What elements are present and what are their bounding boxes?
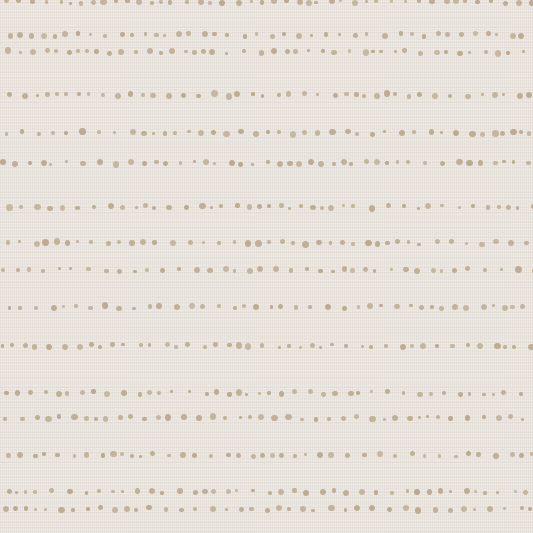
dot bbox=[328, 205, 334, 211]
dot bbox=[184, 205, 189, 210]
dot bbox=[502, 305, 508, 311]
dot bbox=[516, 0, 522, 6]
dot bbox=[417, 392, 422, 397]
dot bbox=[395, 239, 400, 244]
dot bbox=[60, 205, 66, 211]
dot bbox=[374, 159, 380, 165]
dot bbox=[362, 94, 366, 98]
dot bbox=[73, 454, 77, 458]
dot bbox=[210, 506, 216, 512]
dot bbox=[288, 207, 291, 210]
dot bbox=[97, 159, 103, 165]
dot bbox=[304, 453, 307, 456]
dot bbox=[135, 488, 141, 494]
dot bbox=[116, 306, 122, 312]
dot bbox=[64, 92, 68, 96]
dot bbox=[146, 505, 151, 510]
dot bbox=[24, 490, 27, 493]
dot bbox=[379, 304, 382, 307]
dot bbox=[173, 131, 177, 135]
dot bbox=[141, 131, 146, 136]
dot bbox=[369, 345, 373, 349]
dot bbox=[300, 418, 303, 421]
dot bbox=[299, 346, 302, 349]
dot bbox=[370, 390, 374, 394]
dot bbox=[399, 130, 405, 136]
dot bbox=[414, 489, 419, 494]
dot bbox=[342, 306, 347, 311]
dot bbox=[188, 240, 193, 245]
dot bbox=[236, 453, 241, 458]
dot bbox=[515, 266, 521, 272]
dot bbox=[284, 0, 289, 3]
dot bbox=[410, 344, 414, 348]
dot bbox=[6, 453, 11, 458]
dot bbox=[211, 90, 218, 97]
dot bbox=[403, 267, 409, 273]
dot bbox=[174, 304, 180, 310]
dot bbox=[163, 161, 168, 166]
dot bbox=[89, 342, 94, 347]
dot bbox=[75, 206, 79, 210]
dot bbox=[384, 344, 388, 348]
dot bbox=[296, 33, 302, 39]
dot bbox=[477, 343, 483, 349]
dot bbox=[148, 343, 152, 347]
dot bbox=[152, 206, 156, 210]
dot bbox=[213, 162, 216, 165]
dot bbox=[299, 204, 303, 208]
dot bbox=[1, 344, 4, 347]
dot bbox=[519, 392, 523, 396]
dot bbox=[506, 51, 510, 55]
dot bbox=[390, 268, 393, 271]
dot bbox=[251, 163, 254, 166]
dot bbox=[6, 204, 12, 210]
dot bbox=[30, 0, 34, 4]
dot bbox=[207, 268, 213, 274]
dot bbox=[277, 93, 282, 98]
dot bbox=[159, 51, 163, 55]
dot bbox=[464, 488, 470, 494]
dot bbox=[348, 49, 351, 52]
dot bbox=[374, 0, 378, 3]
dot bbox=[62, 344, 68, 350]
dot bbox=[371, 50, 375, 54]
dot bbox=[448, 416, 453, 421]
dot bbox=[483, 268, 487, 272]
dot bbox=[42, 452, 46, 456]
dot bbox=[152, 132, 155, 135]
dot bbox=[423, 161, 428, 166]
dot bbox=[236, 389, 242, 395]
dot bbox=[311, 509, 314, 512]
dot bbox=[289, 268, 293, 272]
dot bbox=[187, 130, 191, 134]
dot bbox=[435, 344, 439, 348]
dot bbox=[223, 416, 227, 420]
dot bbox=[130, 454, 134, 458]
dot bbox=[344, 508, 348, 512]
dot bbox=[170, 240, 176, 246]
dot bbox=[76, 31, 80, 35]
dot bbox=[354, 92, 358, 96]
dot bbox=[373, 269, 376, 272]
dot bbox=[200, 304, 206, 310]
dot bbox=[320, 489, 326, 495]
dot bbox=[211, 130, 217, 136]
dot bbox=[163, 131, 168, 136]
dot bbox=[41, 160, 47, 166]
dot bbox=[27, 267, 32, 272]
dot bbox=[199, 203, 206, 210]
dot bbox=[115, 93, 121, 99]
dot bbox=[374, 490, 378, 494]
dot bbox=[287, 161, 293, 167]
dot bbox=[292, 488, 296, 492]
dot bbox=[164, 507, 168, 511]
dot bbox=[196, 94, 200, 98]
dot bbox=[528, 507, 532, 511]
dot bbox=[407, 94, 412, 99]
dot bbox=[86, 507, 90, 511]
dot bbox=[384, 90, 391, 97]
dot bbox=[219, 204, 223, 208]
dot bbox=[465, 242, 468, 245]
dot bbox=[285, 414, 292, 421]
dot bbox=[510, 452, 515, 457]
dot bbox=[223, 131, 230, 138]
dot bbox=[266, 130, 270, 134]
dot bbox=[412, 130, 416, 134]
dot bbox=[210, 413, 217, 420]
dot bbox=[379, 50, 382, 53]
dot bbox=[156, 303, 161, 308]
dot bbox=[202, 31, 208, 37]
dot bbox=[444, 50, 448, 54]
dot bbox=[517, 93, 523, 99]
dot bbox=[267, 204, 271, 208]
dot bbox=[203, 159, 209, 165]
dot bbox=[276, 505, 282, 511]
dot bbox=[85, 491, 89, 495]
dot bbox=[390, 491, 394, 495]
dot bbox=[174, 345, 178, 349]
dot bbox=[86, 267, 90, 271]
dot bbox=[97, 489, 101, 493]
dot bbox=[236, 342, 242, 348]
dot bbox=[23, 343, 28, 348]
dot bbox=[508, 240, 514, 246]
dot bbox=[458, 206, 461, 209]
dot bbox=[492, 393, 495, 396]
dot bbox=[170, 390, 173, 393]
dot bbox=[277, 161, 283, 167]
dot bbox=[375, 241, 381, 247]
dot bbox=[225, 52, 228, 55]
dot bbox=[466, 451, 471, 456]
dot bbox=[278, 489, 284, 495]
dot bbox=[502, 93, 506, 97]
dot bbox=[415, 507, 422, 514]
dot bbox=[450, 344, 455, 349]
dot bbox=[251, 489, 255, 493]
dot bbox=[104, 269, 109, 274]
dot bbox=[5, 132, 9, 136]
dot bbox=[145, 268, 149, 272]
dot bbox=[508, 414, 513, 419]
dot bbox=[332, 391, 338, 397]
dot bbox=[121, 490, 124, 493]
dot bbox=[341, 416, 346, 421]
dot bbox=[150, 1, 154, 5]
dot bbox=[440, 204, 443, 207]
dot bbox=[458, 392, 463, 397]
dot bbox=[510, 305, 515, 310]
dot bbox=[495, 50, 501, 56]
dot bbox=[143, 203, 148, 208]
dot bbox=[35, 415, 40, 420]
dot bbox=[251, 454, 256, 459]
dot bbox=[279, 203, 283, 207]
dot bbox=[120, 452, 124, 456]
dot bbox=[193, 160, 196, 163]
dot bbox=[165, 342, 170, 347]
dot bbox=[177, 267, 181, 271]
dot bbox=[385, 241, 389, 245]
dot bbox=[176, 31, 182, 37]
dot bbox=[386, 203, 392, 209]
dot bbox=[325, 304, 331, 310]
dot bbox=[54, 49, 58, 53]
dot bbox=[492, 92, 498, 98]
dot bbox=[203, 345, 207, 349]
dot bbox=[268, 491, 272, 495]
dot bbox=[130, 33, 134, 37]
dot bbox=[512, 160, 515, 163]
dot bbox=[494, 343, 500, 349]
dot bbox=[308, 389, 313, 394]
dot bbox=[440, 131, 443, 134]
dot bbox=[465, 415, 471, 421]
dot bbox=[55, 92, 59, 96]
dot bbox=[418, 51, 423, 56]
dot bbox=[80, 161, 86, 167]
dot bbox=[261, 94, 264, 97]
dot bbox=[270, 453, 275, 458]
dot bbox=[98, 505, 103, 510]
dot bbox=[429, 129, 434, 134]
dot bbox=[290, 131, 296, 137]
dot bbox=[69, 2, 72, 5]
dot bbox=[142, 161, 147, 166]
dot bbox=[258, 414, 264, 420]
dot bbox=[51, 305, 57, 311]
dot bbox=[318, 269, 322, 273]
dot bbox=[192, 453, 197, 458]
dot bbox=[45, 0, 48, 3]
dot bbox=[239, 507, 244, 512]
dot bbox=[132, 307, 135, 310]
dot bbox=[17, 32, 24, 39]
dot bbox=[501, 390, 506, 395]
dot bbox=[194, 267, 200, 273]
dot bbox=[267, 240, 272, 245]
dot bbox=[481, 93, 484, 96]
dot bbox=[486, 205, 491, 210]
dot bbox=[134, 508, 138, 512]
dot bbox=[196, 415, 201, 420]
dot bbox=[302, 130, 307, 135]
dot bbox=[328, 452, 333, 457]
dot bbox=[285, 49, 290, 54]
dot bbox=[198, 130, 204, 136]
dot bbox=[245, 240, 251, 246]
dot bbox=[226, 453, 230, 457]
dot bbox=[369, 205, 375, 211]
dot bbox=[238, 162, 243, 167]
dot bbox=[363, 49, 369, 55]
dot bbox=[202, 489, 208, 495]
dot bbox=[362, 453, 366, 457]
dot bbox=[426, 415, 429, 418]
dot bbox=[238, 129, 243, 134]
dot bbox=[253, 131, 259, 137]
dot bbox=[417, 92, 422, 97]
dot bbox=[425, 203, 431, 209]
dot bbox=[393, 92, 398, 97]
dot bbox=[201, 49, 206, 54]
dot bbox=[445, 32, 450, 37]
dot bbox=[129, 240, 134, 245]
dot bbox=[225, 33, 229, 37]
dot bbox=[495, 33, 498, 36]
dot bbox=[363, 267, 368, 272]
dot bbox=[506, 205, 511, 210]
dot bbox=[62, 31, 67, 36]
dot bbox=[181, 93, 186, 98]
dot bbox=[527, 131, 531, 135]
dot bbox=[102, 302, 108, 308]
dot bbox=[45, 92, 50, 97]
dot bbox=[279, 391, 285, 397]
dot bbox=[463, 0, 467, 3]
dot bbox=[179, 508, 184, 513]
dot bbox=[226, 93, 233, 100]
dot bbox=[442, 391, 446, 395]
dot bbox=[34, 241, 40, 247]
dot bbox=[58, 507, 64, 513]
dot bbox=[519, 453, 524, 458]
dot bbox=[265, 508, 270, 513]
dot bbox=[41, 269, 45, 273]
dot bbox=[333, 93, 338, 98]
dot bbox=[482, 393, 485, 396]
dot bbox=[106, 241, 110, 245]
dot bbox=[317, 452, 323, 458]
dot bbox=[202, 241, 205, 244]
dot bbox=[20, 129, 25, 134]
dot bbox=[49, 488, 54, 493]
dot bbox=[329, 241, 332, 244]
dot bbox=[79, 1, 84, 6]
dot bbox=[113, 131, 116, 134]
dot bbox=[331, 50, 337, 56]
dot bbox=[0, 159, 5, 164]
dot bbox=[266, 160, 270, 164]
dot bbox=[294, 305, 298, 309]
dot bbox=[338, 33, 341, 36]
dot bbox=[130, 129, 136, 135]
dot bbox=[49, 163, 52, 166]
dot bbox=[345, 453, 350, 458]
dot bbox=[159, 0, 163, 4]
dot bbox=[449, 239, 454, 244]
dot bbox=[103, 34, 107, 38]
dot bbox=[185, 342, 190, 347]
dot bbox=[530, 452, 533, 456]
dot bbox=[292, 389, 297, 394]
dot bbox=[496, 415, 502, 421]
dot bbox=[351, 242, 355, 246]
dot bbox=[4, 391, 8, 395]
dot bbox=[166, 205, 172, 211]
dot bbox=[355, 132, 359, 136]
dot bbox=[293, 49, 298, 54]
dot bbox=[144, 32, 147, 35]
dot bbox=[439, 306, 444, 311]
dot bbox=[186, 31, 190, 35]
dot bbox=[279, 453, 284, 458]
dot bbox=[212, 32, 216, 36]
dot bbox=[227, 343, 232, 348]
dot bbox=[518, 33, 524, 39]
dot bbox=[18, 306, 21, 309]
dot bbox=[177, 488, 182, 493]
dot bbox=[329, 129, 335, 135]
dot bbox=[47, 206, 53, 212]
dot bbox=[163, 34, 166, 37]
dot bbox=[383, 418, 386, 421]
dot bbox=[55, 453, 60, 458]
dot bbox=[483, 491, 487, 495]
dot bbox=[392, 415, 398, 421]
dot bbox=[385, 389, 390, 394]
dot bbox=[120, 205, 125, 210]
dot bbox=[409, 304, 413, 308]
dot bbox=[84, 452, 89, 457]
dot bbox=[332, 488, 337, 493]
dot bbox=[270, 34, 275, 39]
dot bbox=[469, 131, 475, 137]
dot bbox=[417, 0, 421, 3]
dot bbox=[329, 0, 335, 4]
dot bbox=[270, 305, 274, 309]
dot bbox=[157, 391, 162, 396]
dot bbox=[28, 390, 33, 395]
dot bbox=[478, 160, 484, 166]
dot bbox=[357, 305, 361, 309]
dot bbox=[340, 240, 345, 245]
dot bbox=[342, 266, 348, 272]
dot bbox=[3, 417, 7, 421]
dot bbox=[229, 160, 235, 166]
dot bbox=[74, 304, 78, 308]
dot bbox=[139, 343, 143, 347]
dot bbox=[390, 0, 393, 3]
dot bbox=[308, 305, 312, 309]
dot bbox=[62, 305, 65, 308]
